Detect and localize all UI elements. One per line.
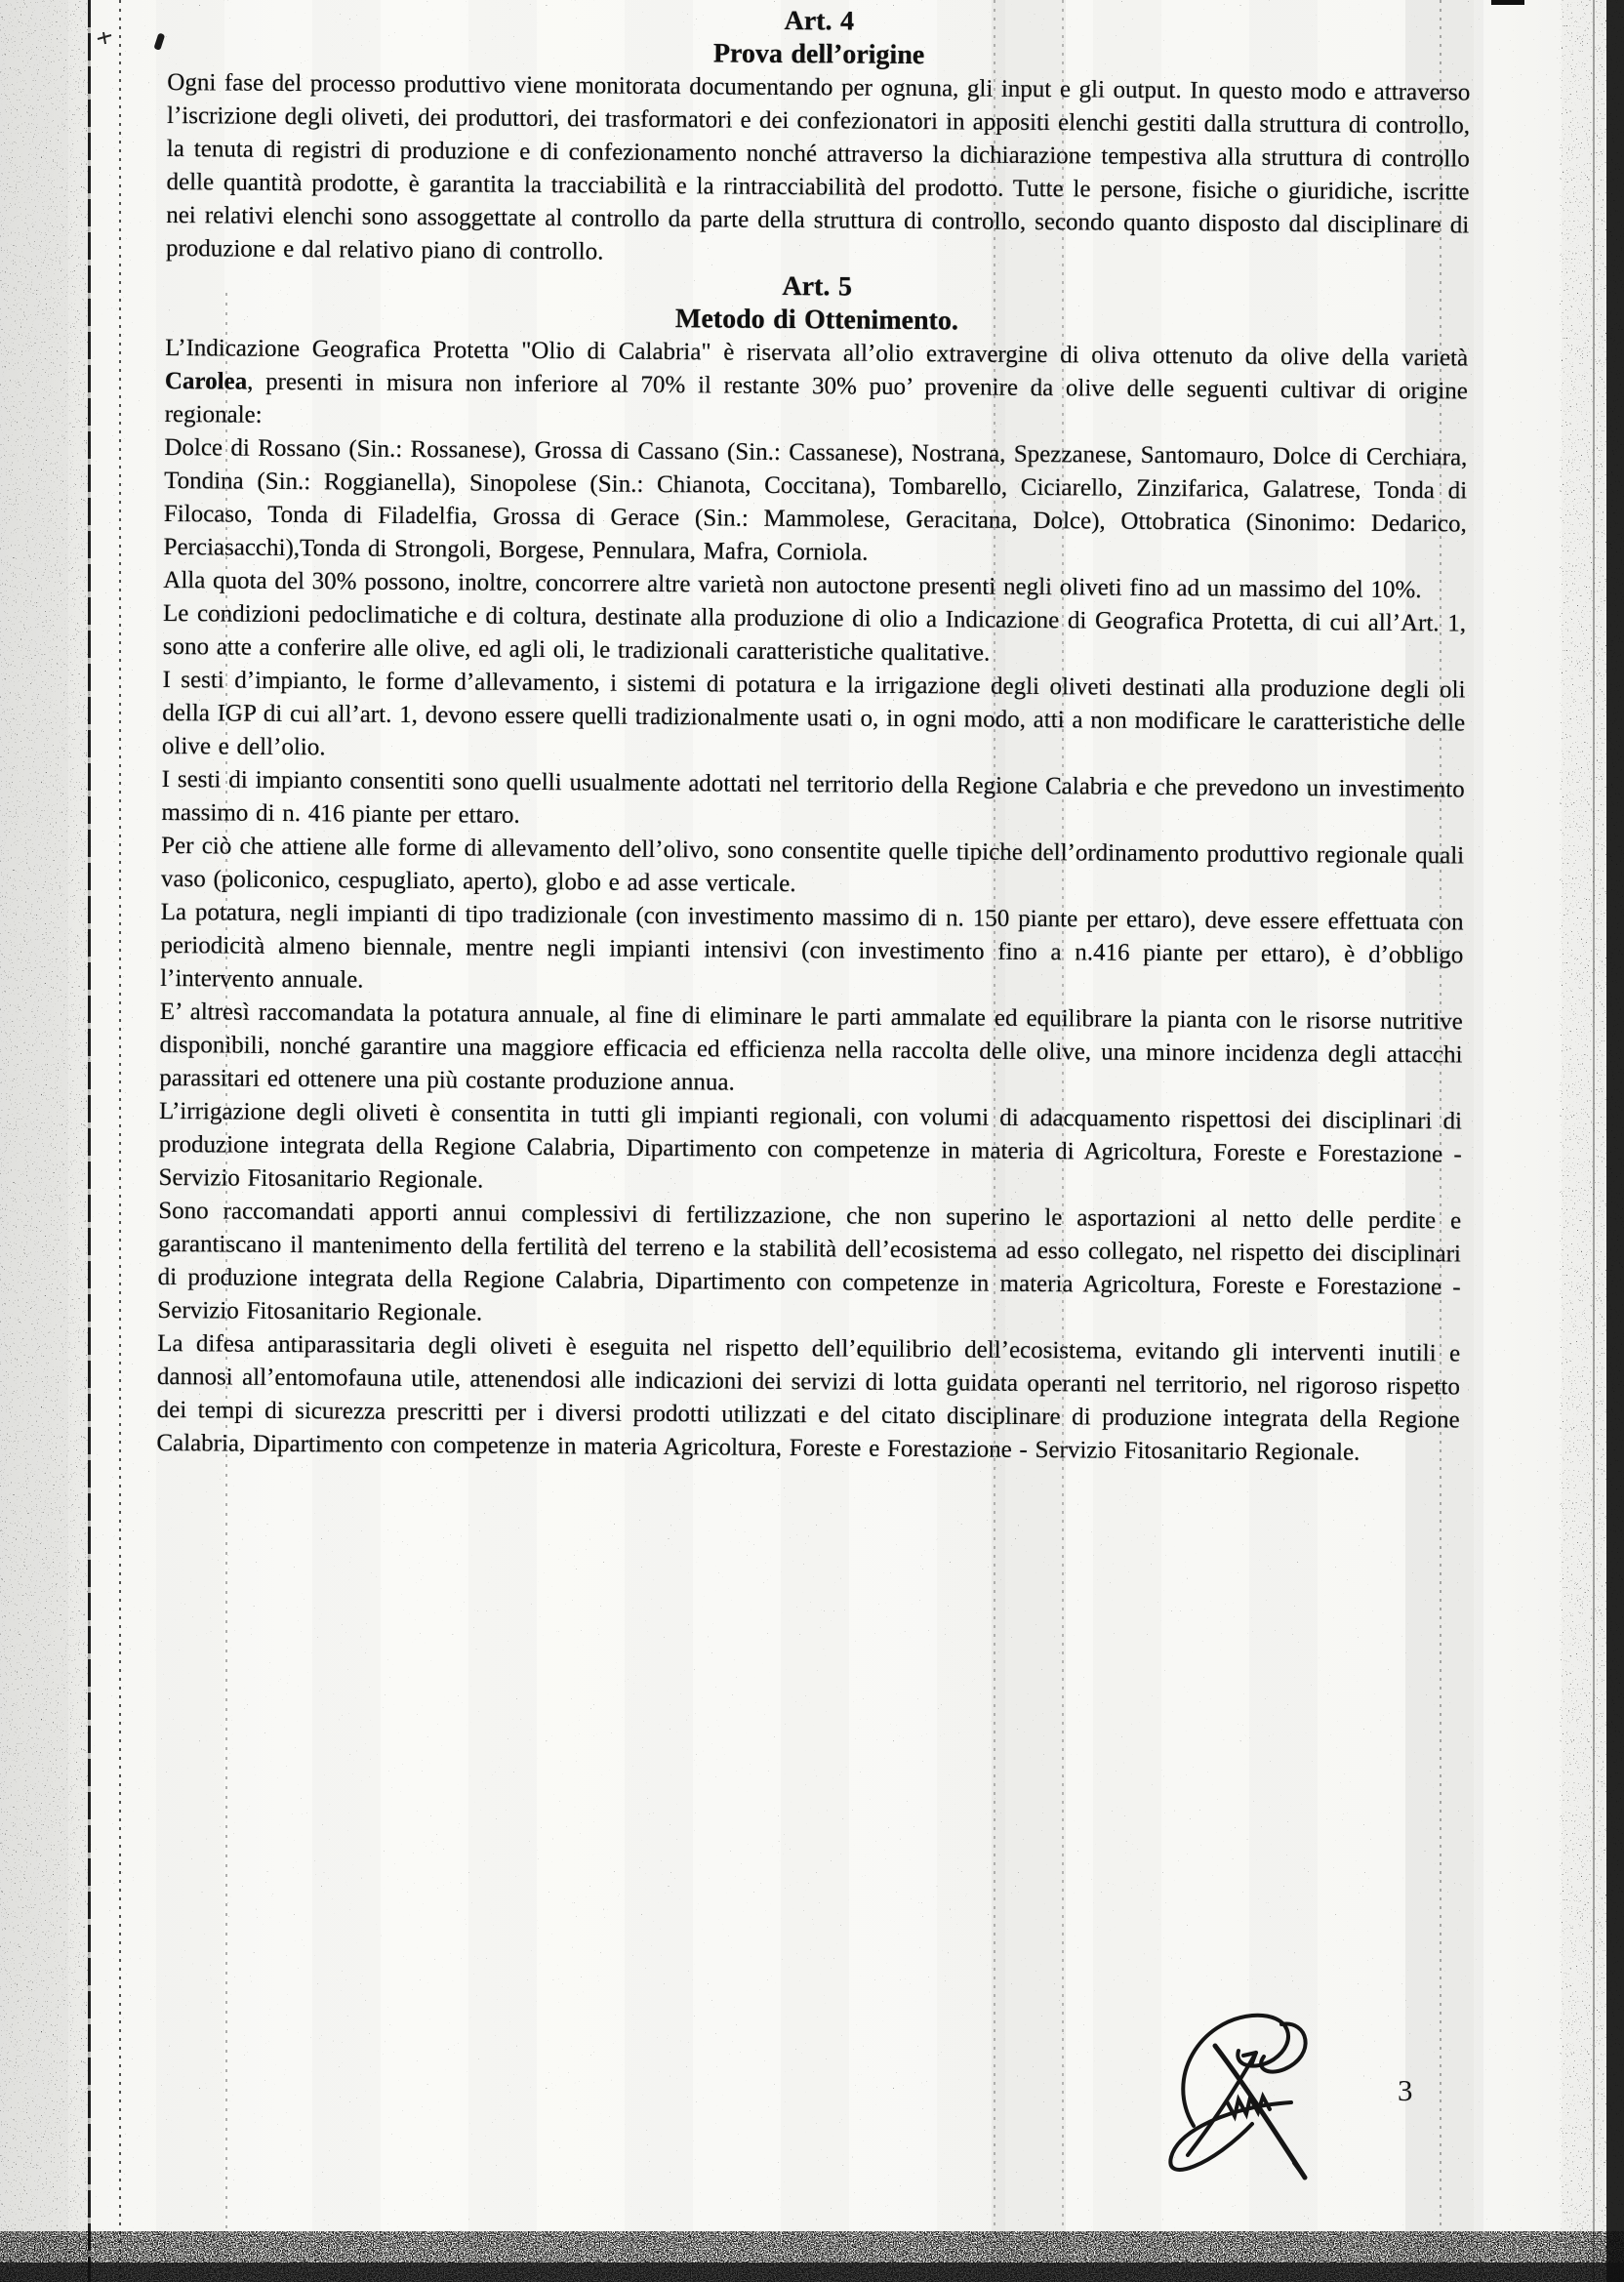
paragraph-text: , presenti in misura non inferiore al 70…: [165, 369, 1468, 428]
document-text-block: Art. 4 Prova dell’origine Ogni fase del …: [156, 0, 1471, 1470]
handwritten-signature: [1157, 2007, 1381, 2236]
scan-horizontal-line: [0, 2241, 1624, 2242]
article-paragraph: L’Indicazione Geografica Protetta "Olio …: [165, 332, 1469, 441]
article-paragraph: I sesti di impianto consentiti sono quel…: [161, 763, 1464, 839]
article-paragraph: Le condizioni pedoclimatiche e di coltur…: [163, 597, 1466, 673]
scan-gray-band-left: [0, 0, 90, 2282]
scan-streak-line: [1593, 0, 1595, 2282]
cultivar-name-bold: Carolea: [165, 368, 247, 395]
scan-edge-line: [88, 0, 91, 2282]
article-paragraph: Per ciò che attiene alle forme di alleva…: [161, 830, 1464, 906]
scanned-document-page: { "page": { "number": "3" }, "art4": { "…: [0, 0, 1624, 2282]
page-number: 3: [1398, 2073, 1413, 2108]
article-paragraph: E’ altresì raccomandata la potatura annu…: [159, 996, 1463, 1105]
article-4-body: Ogni fase del processo produttivo viene …: [166, 66, 1471, 275]
article-paragraph: La potatura, negli impianti di tipo trad…: [160, 896, 1464, 1005]
paragraph-text: L’Indicazione Geografica Protetta "Olio …: [165, 335, 1468, 371]
page-background: Art. 4 Prova dell’origine Ogni fase del …: [0, 0, 1624, 2282]
article-paragraph: Dolce di Rossano (Sin.: Rossanese), Gros…: [163, 431, 1467, 574]
article-paragraph: L’irrigazione degli oliveti è consentita…: [158, 1095, 1462, 1204]
article-paragraph: I sesti d’impianto, le forme d’allevamen…: [162, 664, 1466, 773]
scan-dotted-line: [119, 0, 121, 2282]
article-paragraph: Sono raccomandati apporti annui compless…: [157, 1195, 1461, 1337]
article-paragraph: La difesa antiparassitaria degli oliveti…: [156, 1327, 1460, 1470]
